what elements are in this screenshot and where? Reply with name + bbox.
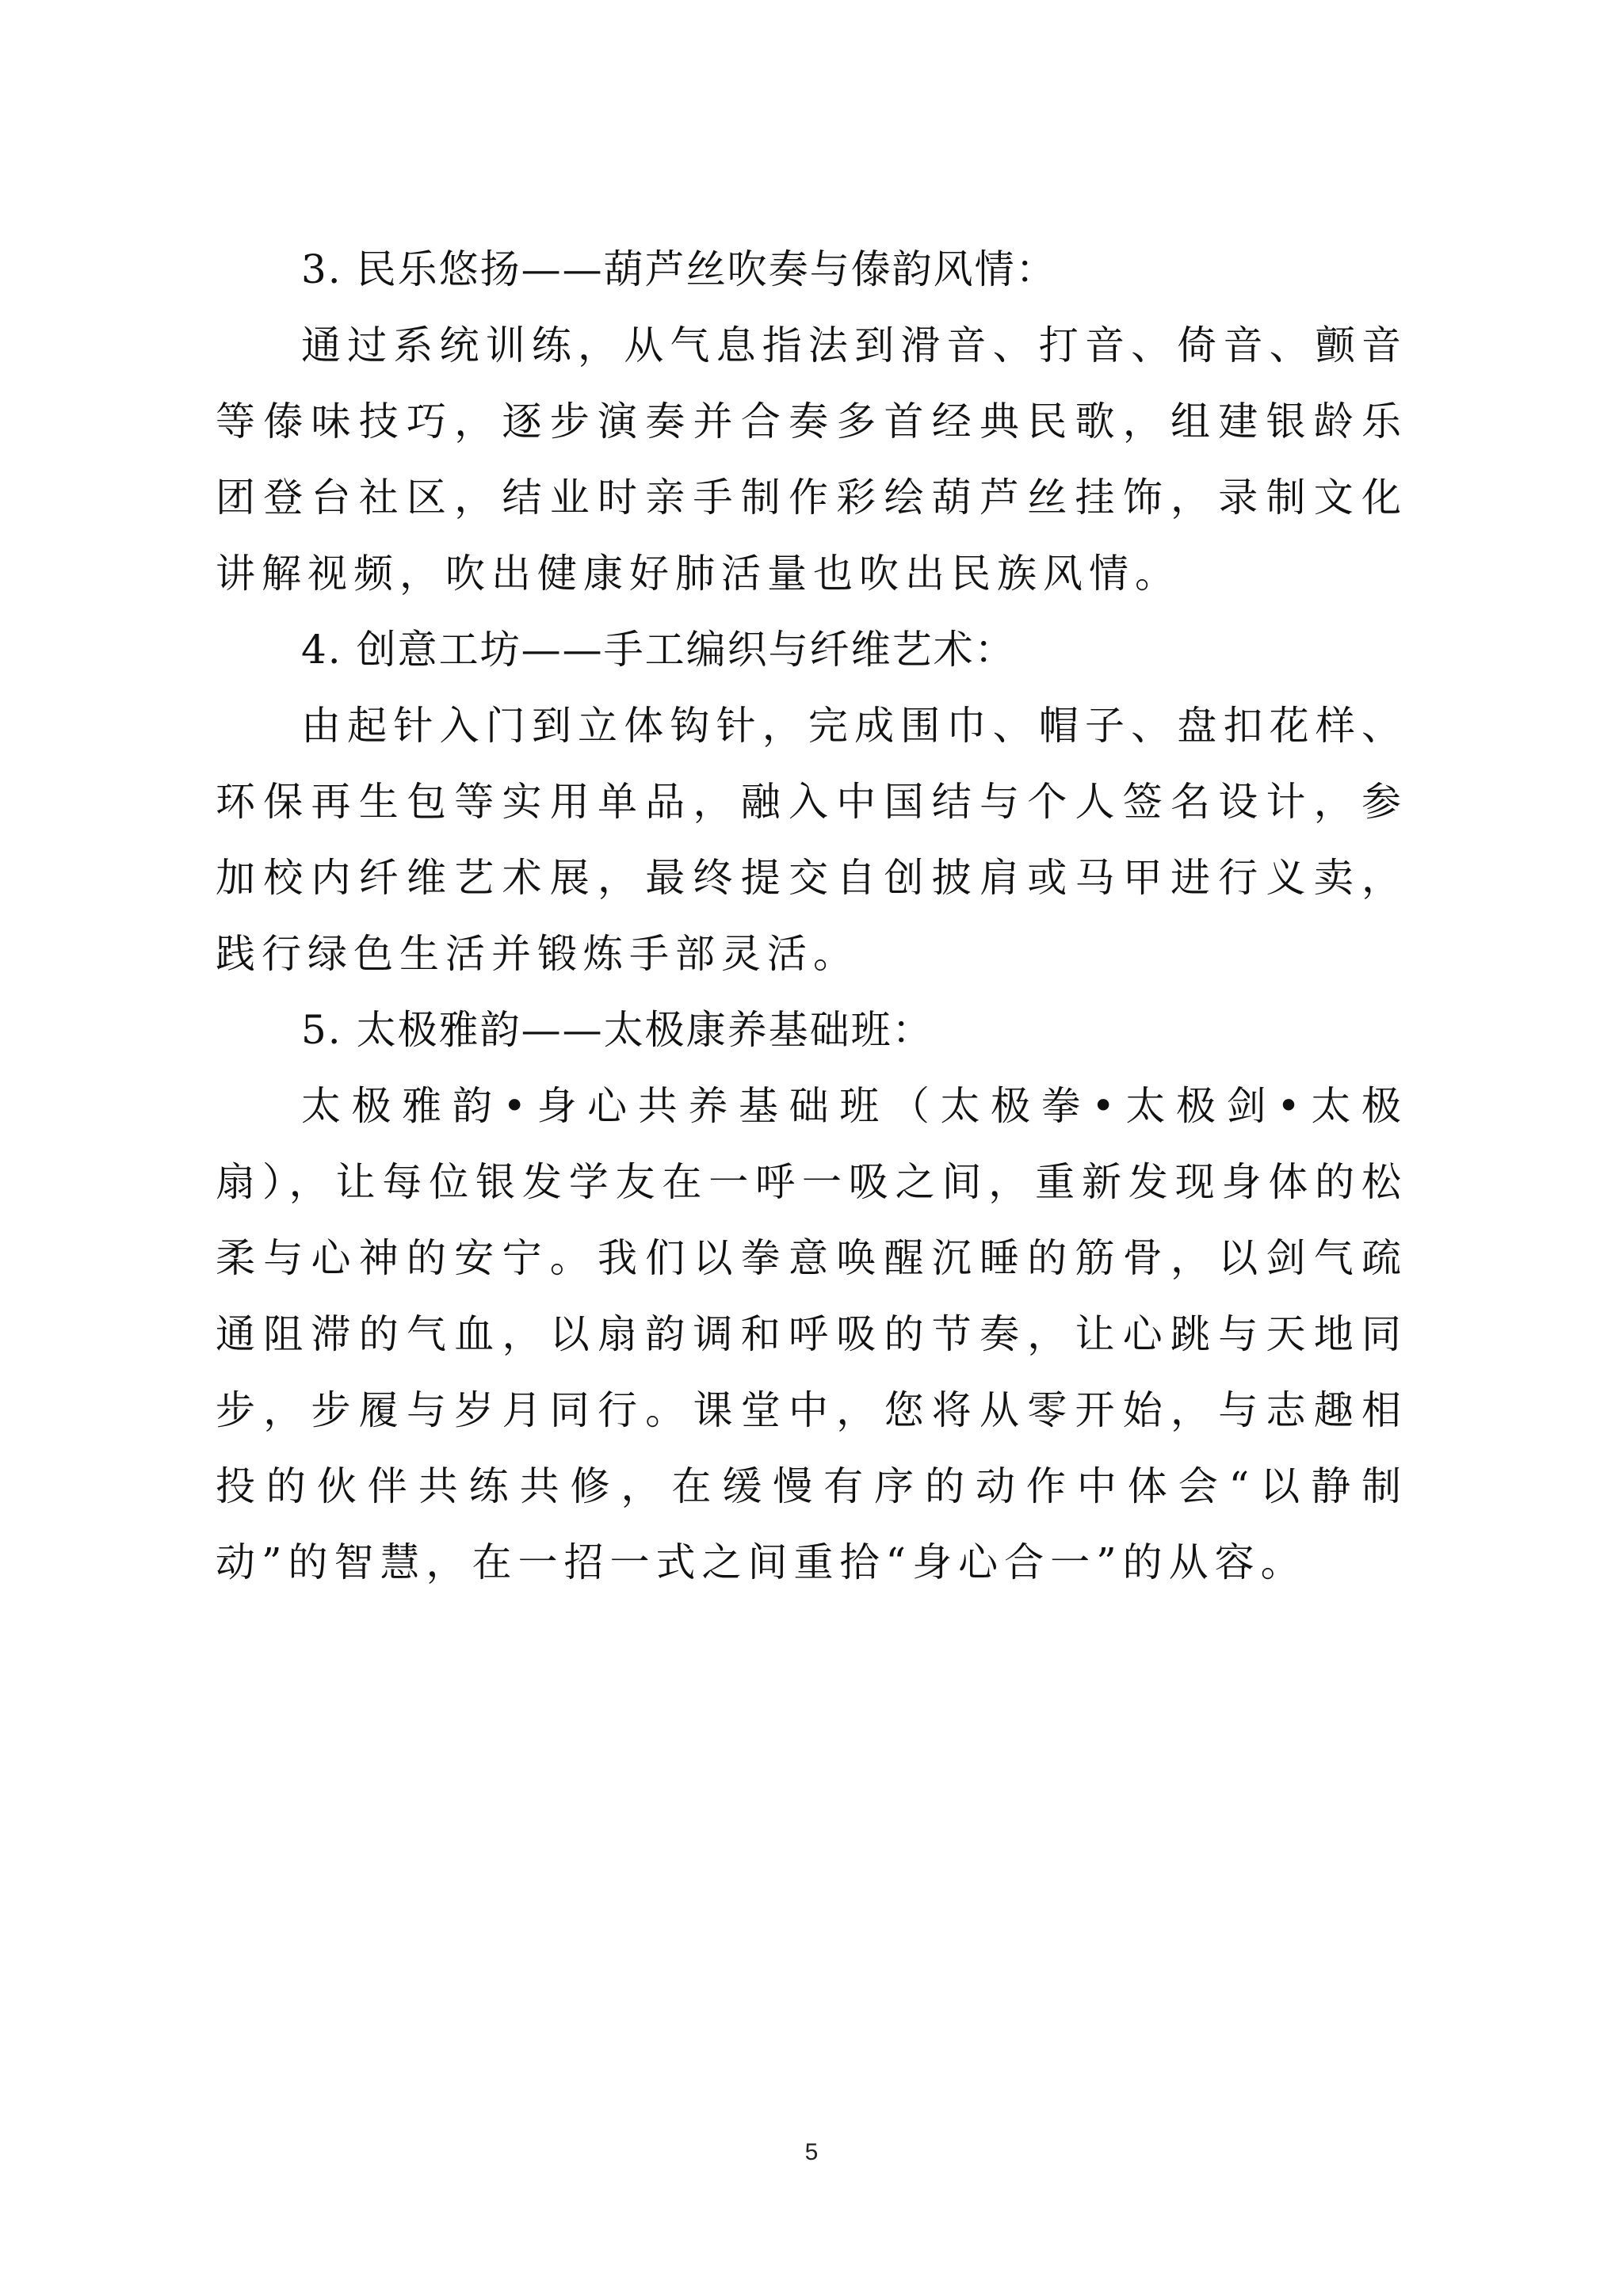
page-content: 3. 民乐悠扬——葫芦丝吹奏与傣韵风情： 通过系统训练，从气息指法到滑音、打音、… — [216, 231, 1407, 1600]
section-heading-taichi: 5. 太极雅韵——太极康养基础班： — [216, 992, 1407, 1068]
section-heading-creative-workshop: 4. 创意工坊——手工编织与纤维艺术： — [216, 612, 1407, 688]
section-body-folk-music: 通过系统训练，从气息指法到滑音、打音、倚音、颤音等傣味技巧，逐步演奏并合奏多首经… — [216, 307, 1407, 612]
document-page: 3. 民乐悠扬——葫芦丝吹奏与傣韵风情： 通过系统训练，从气息指法到滑音、打音、… — [0, 0, 1623, 2296]
section-heading-folk-music: 3. 民乐悠扬——葫芦丝吹奏与傣韵风情： — [216, 231, 1407, 307]
section-body-creative-workshop: 由起针入门到立体钩针，完成围巾、帽子、盘扣花样、环保再生包等实用单品，融入中国结… — [216, 688, 1407, 992]
page-number: 5 — [0, 2139, 1623, 2166]
section-body-taichi: 太极雅韵•身心共养基础班（太极拳•太极剑•太极扇），让每位银发学友在一呼一吸之间… — [216, 1068, 1407, 1600]
